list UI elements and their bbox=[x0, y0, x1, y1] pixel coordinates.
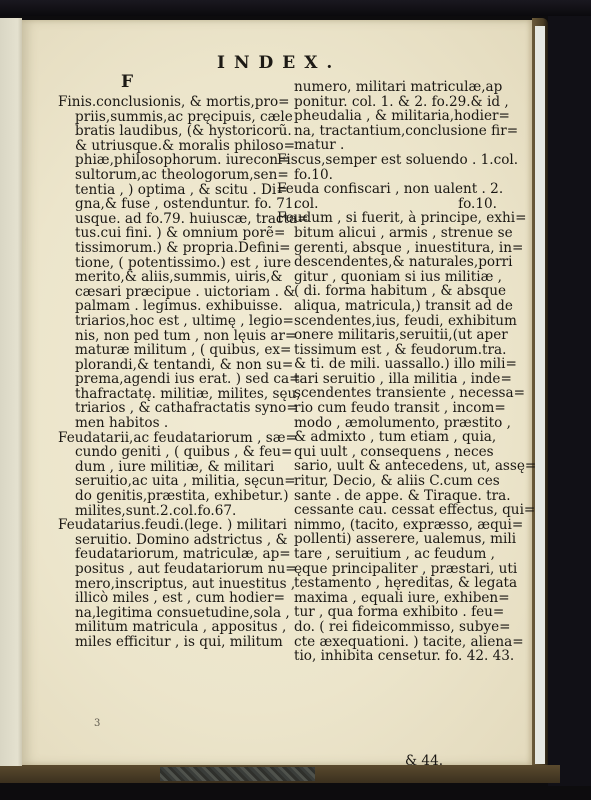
index-line: prema,agendi ius erat. ) sed ca= bbox=[58, 372, 280, 387]
index-line: men habitos . bbox=[58, 416, 280, 431]
section-letter: F bbox=[121, 72, 133, 92]
index-line: tione, ( potentissimo.) est , iure bbox=[58, 256, 280, 271]
index-line: plorandi,& tentandi, & non su= bbox=[58, 358, 280, 373]
index-line: cæsari præcipue . uictoriam . & bbox=[58, 285, 280, 300]
index-line: matur . bbox=[277, 138, 507, 153]
index-line: seruitio,ac uita , militia, sęcun= bbox=[58, 474, 280, 489]
index-line: gitur , quoniam si ius militiæ , bbox=[277, 270, 507, 285]
index-line: miles efficitur , is qui, militum bbox=[58, 635, 280, 650]
index-line: sante . de appe. & Tiraque. tra. bbox=[277, 489, 507, 504]
index-line: seruitio. Domino adstrictus , & bbox=[58, 533, 280, 548]
index-line: triarios,hoc est , ultimę , legio= bbox=[58, 314, 280, 329]
index-entry-heading: Finis.conclusionis, & mortis,pro= bbox=[58, 95, 280, 110]
index-line: maxima , equali iure, exhiben= bbox=[277, 591, 507, 606]
index-line: ponitur. col. 1. & 2. fo.29.& id , bbox=[277, 95, 507, 110]
index-line: merito,& aliis,summis, uiris,& bbox=[58, 270, 280, 285]
index-line: nimmo, (tacito, expræsso, æqui= bbox=[277, 518, 507, 533]
index-entry-heading: Feudatarius.feudi.(lege. ) militari bbox=[58, 518, 280, 533]
index-entry-heading: Fiscus,semper est soluendo . 1.col. bbox=[277, 153, 507, 168]
book-cover-top bbox=[0, 0, 591, 16]
catchword: & 44. bbox=[405, 753, 443, 769]
index-line-left: col. bbox=[294, 197, 318, 212]
index-line: tissimum est , & feudorum.tra. bbox=[277, 343, 507, 358]
index-line: palmam . legimus. exhibuisse. bbox=[58, 299, 280, 314]
book-cover-right bbox=[548, 16, 591, 786]
index-line: cundo geniti , ( quibus , & feu= bbox=[58, 445, 280, 460]
index-line: tari seruitio , illa militia , inde= bbox=[277, 372, 507, 387]
index-line: scendentes,ius, feudi, exhibitum bbox=[277, 314, 507, 329]
index-line: testamento , hęreditas, & legata bbox=[277, 576, 507, 591]
index-line: & ti. de mili. uassallo.) illo mili= bbox=[277, 357, 507, 372]
index-line: do genitis,præstita, exhibetur.) bbox=[58, 489, 280, 504]
index-line: cte æxequationi. ) tacite, aliena= bbox=[277, 635, 507, 650]
index-line: & utriusque.& moralis philoso= bbox=[58, 139, 280, 154]
index-line: tare , seruitium , ac feudum , bbox=[277, 547, 507, 562]
index-line: milites,sunt.2.col.fo.67. bbox=[58, 504, 280, 519]
index-line: ritur, Decio, & aliis C.cum ces bbox=[277, 474, 507, 489]
index-line: onere militaris,seruitii,(ut aper bbox=[277, 328, 507, 343]
index-line: aliqua, matricula,) transit ad de bbox=[277, 299, 507, 314]
book-page: INDEX. F Finis.conclusionis, & mortis,pr… bbox=[22, 20, 532, 765]
marbled-paper-strip bbox=[160, 767, 315, 781]
index-line: descendentes,& naturales,porri bbox=[277, 255, 507, 270]
index-line: rio cum feudo transit , incom= bbox=[277, 401, 507, 416]
index-entry-heading: Feudatarii,ac feudatariorum , sæ= bbox=[58, 431, 280, 446]
index-line: tentia , ) optima , & scitu . Di= bbox=[58, 183, 280, 198]
index-line: fo.10. bbox=[277, 168, 507, 183]
index-line: ( di. forma habitum , & absque bbox=[277, 284, 507, 299]
index-column-right: numero, militari matriculæ,apponitur. co… bbox=[277, 80, 507, 664]
index-line: sultorum,ac theologorum,sen= bbox=[58, 168, 280, 183]
index-line: priis,summis,ac pręcipuis, cæle bbox=[58, 110, 280, 125]
index-line: usque. ad fo.79. huiuscæ, tracta= bbox=[58, 212, 280, 227]
index-line: bratis laudibus, (& hystoricorũ. bbox=[58, 124, 280, 139]
index-line: ęque principaliter , præstari, uti bbox=[277, 562, 507, 577]
index-line: qui uult , consequens , neces bbox=[277, 445, 507, 460]
index-line: cessante cau. cessat effectus, qui= bbox=[277, 503, 507, 518]
index-entry-heading: Feuda confiscari , non ualent . 2. bbox=[277, 182, 507, 197]
index-line: tissimorum.) & propria.Defini= bbox=[58, 241, 280, 256]
index-line: militum matricula , appositus , bbox=[58, 620, 280, 635]
index-line: numero, militari matriculæ,ap bbox=[277, 80, 507, 95]
index-line: do. ( rei fideicommisso, subye= bbox=[277, 620, 507, 635]
index-line: scendentes transiente , necessa= bbox=[277, 386, 507, 401]
index-line: positus , aut feudatariorum nu= bbox=[58, 562, 280, 577]
index-line: illicò miles , est , cum hodier= bbox=[58, 591, 280, 606]
index-line: gna,& fuse , ostenduntur. fo. 71. bbox=[58, 197, 280, 212]
index-entry-heading: Feudum , si fuerit, à principe, exhi= bbox=[277, 211, 507, 226]
index-line: bitum alicui , armis , strenue se bbox=[277, 226, 507, 241]
index-line: col.fo.10. bbox=[277, 197, 507, 212]
index-line: & admixto , tum etiam , quia, bbox=[277, 430, 507, 445]
index-column-left: Finis.conclusionis, & mortis,pro=priis,s… bbox=[58, 95, 280, 650]
index-line: feudatariorum, matriculæ, ap= bbox=[58, 547, 280, 562]
index-line: mero,inscriptus, aut inuestitus , bbox=[58, 577, 280, 592]
index-line: tus.cui fini. ) & omnium porẽ= bbox=[58, 226, 280, 241]
index-line: na,legitima consuetudine,sola , bbox=[58, 606, 280, 621]
index-line: na, tractantium,conclusione fir= bbox=[277, 124, 507, 139]
index-line: pheudalia , & militaria,hodier= bbox=[277, 109, 507, 124]
index-line: pollenti) asserere, ualemus, mili bbox=[277, 532, 507, 547]
index-line: phiæ,philosophorum. iurecon= bbox=[58, 153, 280, 168]
index-line: thafractatę. militiæ, milites, sęu, bbox=[58, 387, 280, 402]
index-line: sario, uult & antecedens, ut, assę= bbox=[277, 459, 507, 474]
flyleaf-edge bbox=[535, 26, 545, 764]
index-line: triarios , & cathafractatis syno= bbox=[58, 401, 280, 416]
running-header: INDEX. bbox=[217, 53, 341, 73]
index-line: tur , qua forma exhibito . feu= bbox=[277, 605, 507, 620]
signature-mark: 3 bbox=[94, 718, 100, 729]
facing-page-edge bbox=[0, 18, 22, 766]
index-line: modo , æmolumento, præstito , bbox=[277, 416, 507, 431]
index-line: tio, inhibita censetur. fo. 42. 43. bbox=[277, 649, 507, 664]
book-board-bottom bbox=[0, 765, 560, 783]
index-line: maturæ militum , ( quibus, ex= bbox=[58, 343, 280, 358]
index-line-right: fo.10. bbox=[458, 197, 497, 212]
index-line: dum , iure militiæ, & militari bbox=[58, 460, 280, 475]
index-line: gerenti, absque , inuestitura, in= bbox=[277, 241, 507, 256]
index-line: nis, non ped tum , non lęuis ar= bbox=[58, 329, 280, 344]
